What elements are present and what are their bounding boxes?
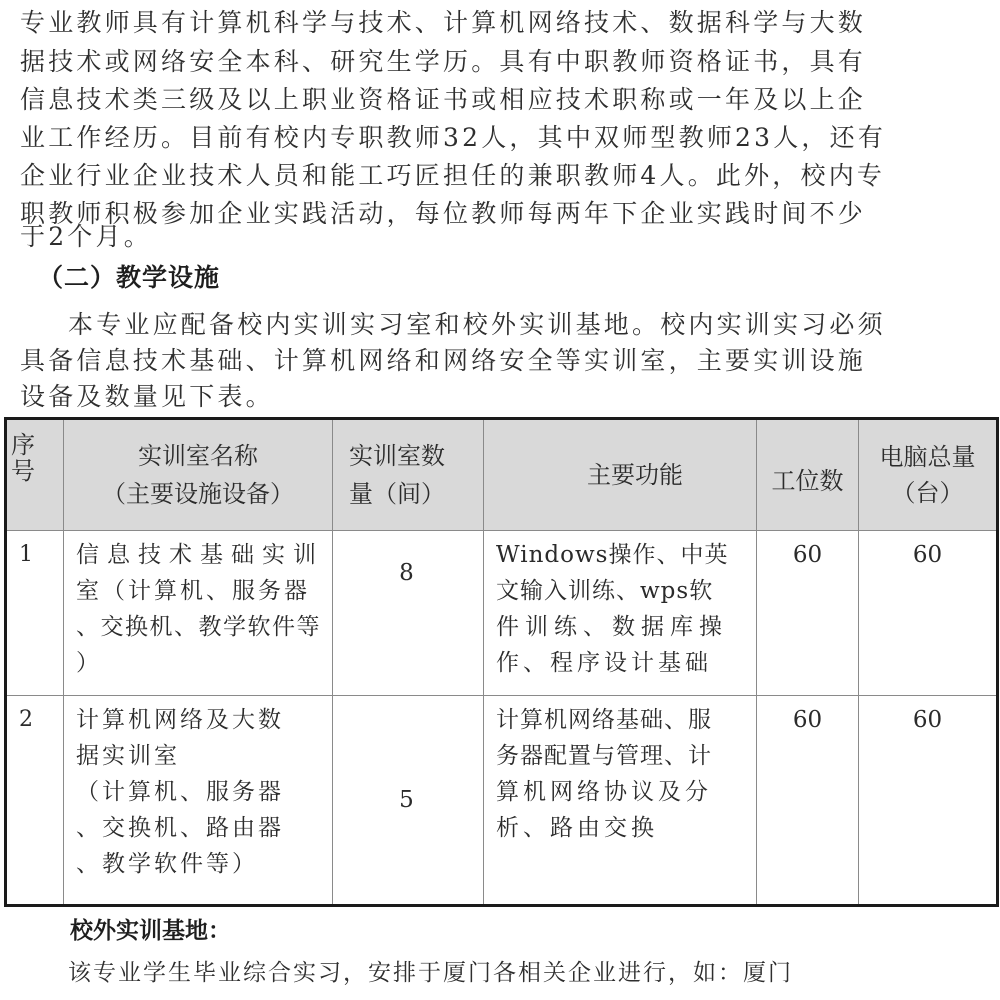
facilities-table: 序 号 实训室名称 （主要设施设备） 实训室数 量（间） 主要功能 工位数 电脑… — [4, 417, 999, 907]
cell-text: 、交换机、路由器 — [76, 810, 330, 846]
text-line: 设备及数量见下表。 — [20, 382, 274, 412]
cell-computers: 60 — [859, 531, 998, 696]
cell-text: 据实训室 — [76, 738, 330, 774]
header-text: 序 — [11, 432, 63, 458]
cell-text: 作、程序设计基础 — [496, 645, 756, 681]
cell-stations: 60 — [757, 696, 859, 906]
cell-text: 信息技术基础实训 — [76, 537, 330, 573]
text-line: 于2个月。 — [20, 222, 152, 252]
header-text: （主要设施设备） — [64, 475, 332, 513]
cell-computers: 60 — [859, 696, 998, 906]
text-line: 信息技术类三级及以上职业资格证书或相应技术职称或一年及以上企 — [20, 85, 866, 115]
cell-text: Windows操作、中英 — [496, 537, 756, 573]
cell-text: 计算机网络及大数 — [76, 702, 330, 738]
cell-text: 算机网络协议及分 — [496, 774, 756, 810]
table-header-row: 序 号 实训室名称 （主要设施设备） 实训室数 量（间） 主要功能 工位数 电脑… — [6, 419, 998, 531]
cell-quantity: 5 — [333, 696, 484, 906]
header-text: 工位数 — [757, 462, 858, 500]
text-line: 该专业学生毕业综合实习，安排于厦门各相关企业进行，如：厦门 — [68, 958, 793, 988]
header-function: 主要功能 — [484, 419, 757, 531]
cell-text: 文输入训练、wps软 — [496, 573, 756, 609]
cell-text: 务器配置与管理、计 — [496, 738, 756, 774]
cell-text: 、教学软件等） — [76, 846, 330, 882]
text-line: 据技术或网络安全本科、研究生学历。具有中职教师资格证书，具有 — [20, 47, 866, 77]
cell-text: 计算机网络基础、服 — [496, 702, 756, 738]
cell-stations: 60 — [757, 531, 859, 696]
header-text: 主要功能 — [514, 456, 756, 494]
header-name: 实训室名称 （主要设施设备） — [64, 419, 333, 531]
cell-no: 2 — [6, 696, 64, 906]
header-stations: 工位数 — [757, 419, 859, 531]
header-computers: 电脑总量 （台） — [859, 419, 998, 531]
header-text: 实训室数 — [349, 437, 483, 475]
header-text: 量（间） — [349, 475, 483, 513]
cell-text: 室（计算机、服务器 — [76, 573, 330, 609]
table-row: 2 计算机网络及大数 据实训室 （计算机、服务器 、交换机、路由器 、教学软件等… — [6, 696, 998, 906]
cell-name: 计算机网络及大数 据实训室 （计算机、服务器 、交换机、路由器 、教学软件等） — [64, 696, 333, 906]
cell-text: 析、路由交换 — [496, 810, 756, 846]
cell-no: 1 — [6, 531, 64, 696]
header-text: 实训室名称 — [64, 437, 332, 475]
header-text: （台） — [859, 475, 996, 511]
cell-text: 、交换机、教学软件等 — [76, 609, 330, 645]
offsite-heading: 校外实训基地： — [70, 912, 231, 945]
cell-text: ） — [76, 645, 330, 681]
header-text: 号 — [11, 458, 63, 484]
cell-quantity: 8 — [333, 531, 484, 696]
text-line: 业工作经历。目前有校内专职教师32人，其中双师型教师23人，还有 — [20, 123, 886, 153]
header-text: 电脑总量 — [859, 439, 996, 475]
cell-name: 信息技术基础实训 室（计算机、服务器 、交换机、教学软件等 ） — [64, 531, 333, 696]
cell-text: （计算机、服务器 — [76, 774, 330, 810]
header-quantity: 实训室数 量（间） — [333, 419, 484, 531]
text-line: 企业行业企业技术人员和能工巧匠担任的兼职教师4人。此外，校内专 — [20, 161, 885, 191]
text-line: 具备信息技术基础、计算机网络和网络安全等实训室，主要实训设施 — [20, 346, 866, 376]
cell-function: Windows操作、中英 文输入训练、wps软 件训练、数据库操 作、程序设计基… — [484, 531, 757, 696]
table-row: 1 信息技术基础实训 室（计算机、服务器 、交换机、教学软件等 ） 8 Wind… — [6, 531, 998, 696]
section-heading: （二）教学设施 — [38, 258, 220, 294]
cell-text: 件训练、数据库操 — [496, 609, 756, 645]
text-line: 专业教师具有计算机科学与技术、计算机网络技术、数据科学与大数 — [20, 8, 866, 38]
text-line: 本专业应配备校内实训实习室和校外实训基地。校内实训实习必须 — [68, 310, 886, 340]
cell-function: 计算机网络基础、服 务器配置与管理、计 算机网络协议及分 析、路由交换 — [484, 696, 757, 906]
header-no: 序 号 — [6, 419, 64, 531]
